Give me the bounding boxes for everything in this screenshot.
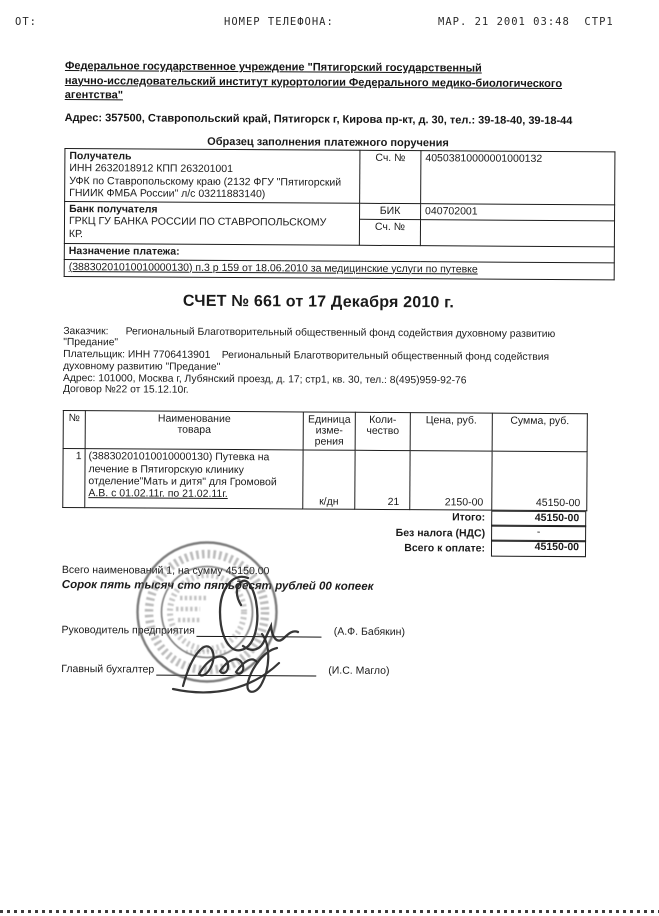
items-summary: Всего наименований 1, на сумму 45150.00 — [62, 564, 592, 579]
col-unit-header: Единица изме- рения — [303, 412, 355, 450]
accountant-name: (И.С. Магло) — [328, 664, 389, 676]
fax-datetime: МАР. 21 2001 03:48 СТР1 — [438, 16, 614, 28]
accountant-signature-line — [156, 662, 316, 676]
corr-account-label: Сч. № — [359, 219, 420, 245]
fax-from-label: ОТ: — [15, 16, 37, 28]
item-name-dates: А.В. с 01.02.11г. по 21.02.11г. — [88, 487, 227, 500]
total-row-payable: Всего к оплате: 45150-00 — [62, 539, 586, 557]
item-quantity: 21 — [355, 451, 410, 510]
account-label: Сч. № — [360, 150, 421, 203]
amount-in-words: Сорок пять тысяч сто пятьдесят рублей 00… — [62, 579, 592, 594]
payable-label: Всего к оплате: — [62, 539, 491, 557]
payable-value: 45150-00 — [491, 540, 586, 557]
accountant-label: Главный бухгалтер — [61, 663, 154, 676]
contract-line: Договор №22 от 15.12.10г. — [63, 384, 593, 399]
bik-value: 040702001 — [421, 203, 615, 220]
customer-line: Заказчик: Региональный Благотворительный… — [63, 325, 593, 352]
organization-name: Федеральное государственное учреждение "… — [65, 59, 595, 106]
purpose-cell: (38830201010010000130) п.3 р 159 от 18.0… — [64, 259, 614, 279]
item-name: (38830201010010000130) Путевка на лечени… — [85, 449, 303, 509]
parties-block: Заказчик: Региональный Благотворительный… — [63, 325, 593, 399]
bank-details: ГРКЦ ГУ БАНКА РОССИИ ПО СТАВРОПОЛЬСКОМУ … — [69, 215, 355, 242]
bik-label: БИК — [360, 203, 421, 219]
purpose-value: (38830201010010000130) п.3 р 159 от 18.0… — [69, 261, 478, 275]
item-sum: 45150-00 — [492, 451, 587, 511]
col-num-header: № — [63, 411, 85, 449]
col-price-header: Цена, руб. — [410, 413, 492, 452]
item-name-text: (38830201010010000130) Путевка на лечени… — [88, 450, 276, 488]
totals-block: Итого: 45150-00 Без налога (НДС) - Всего… — [62, 508, 586, 557]
director-label: Руководитель предприятия — [61, 624, 194, 637]
scanned-invoice-document: Федеральное государственное учреждение "… — [61, 59, 595, 678]
organization-address: Адрес: 357500, Ставропольский край, Пяти… — [65, 111, 595, 126]
item-price: 2150-00 — [410, 451, 492, 510]
table-row: (38830201010010000130) п.3 р 159 от 18.0… — [64, 259, 614, 279]
table-row: Банк получателя ГРКЦ ГУ БАНКА РОССИИ ПО … — [65, 201, 615, 220]
payment-details-table: Получатель ИНН 2632018912 КПП 263201001 … — [64, 147, 616, 279]
item-unit: к/дн — [303, 450, 355, 509]
fax-phone-label: НОМЕР ТЕЛЕФОНА: — [224, 16, 334, 28]
table-header-row: № Наименование товара Единица изме- рени… — [63, 411, 587, 452]
recipient-details: ИНН 2632018912 КПП 263201001 УФК по Став… — [69, 162, 355, 201]
payer-line: Плательщик: ИНН 7706413901 Региональный … — [63, 349, 593, 376]
accountant-signature-row: Главный бухгалтер (И.С. Магло) — [61, 662, 591, 678]
col-qty-header: Коли- чество — [355, 413, 410, 451]
table-row: 1 (38830201010010000130) Путевка на лече… — [63, 449, 587, 511]
col-name-header: Наименование товара — [85, 411, 303, 450]
recipient-cell: Получатель ИНН 2632018912 КПП 263201001 … — [65, 148, 360, 203]
table-row: Получатель ИНН 2632018912 КПП 263201001 … — [65, 148, 615, 204]
page-edge-dotted-line — [0, 910, 659, 913]
item-number: 1 — [63, 449, 85, 508]
col-sum-header: Сумма, руб. — [492, 413, 587, 452]
director-signature-line — [197, 624, 322, 638]
corr-account-value — [420, 219, 614, 246]
invoice-title: СЧЕТ № 661 от 17 Декабря 2010 г. — [63, 291, 573, 312]
items-table: № Наименование товара Единица изме- рени… — [62, 410, 588, 511]
director-signature-row: Руководитель предприятия (А.Ф. Бабякин) — [61, 623, 591, 639]
bank-cell: Банк получателя ГРКЦ ГУ БАНКА РОССИИ ПО … — [64, 201, 359, 245]
director-name: (А.Ф. Бабякин) — [334, 625, 405, 637]
account-value: 40503810000001000132 — [421, 150, 615, 204]
